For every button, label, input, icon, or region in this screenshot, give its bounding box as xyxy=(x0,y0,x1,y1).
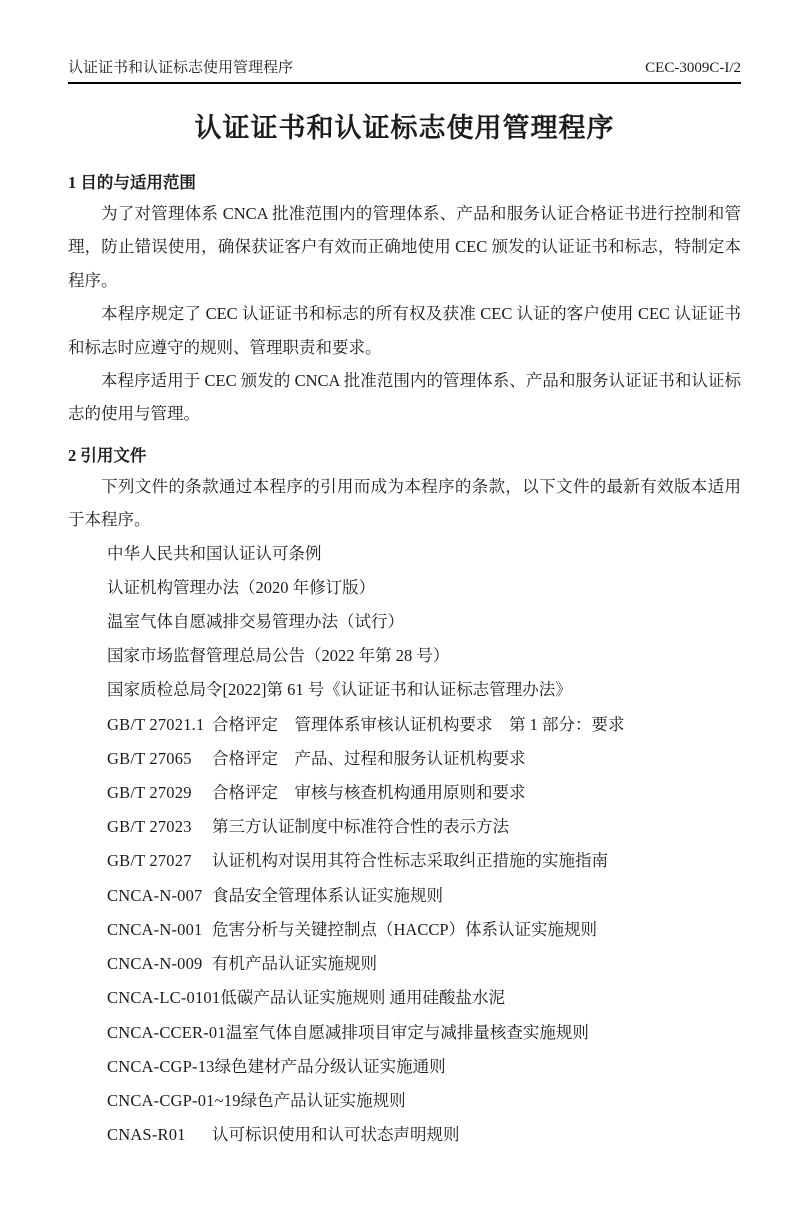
section-purpose-scope: 1 目的与适用范围 为了对管理体系 CNCA 批准范围内的管理体系、产品和服务认… xyxy=(68,173,741,431)
reference-code: CNCA-LC-0101 xyxy=(107,981,220,1015)
reference-text: 温室气体自愿减排交易管理办法（试行） xyxy=(107,612,404,631)
reference-text: 中华人民共和国认证认可条例 xyxy=(107,544,322,563)
reference-code: CNCA-N-007 xyxy=(107,879,212,913)
reference-code: CNCA-CGP-01~19 xyxy=(107,1084,241,1118)
header-doc-title: 认证证书和认证标志使用管理程序 xyxy=(68,60,293,77)
reference-item: 国家市场监督管理总局公告（2022 年第 28 号） xyxy=(107,639,741,673)
reference-code: CNAS-R01 xyxy=(107,1118,212,1152)
reference-code: GB/T 27065 xyxy=(107,742,212,776)
reference-text: 绿色建材产品分级认证实施通则 xyxy=(215,1057,446,1076)
reference-item: CNAS-R01认可标识使用和认可状态声明规则 xyxy=(107,1118,741,1152)
reference-text: 认证机构对误用其符合性标志采取纠正措施的实施指南 xyxy=(212,851,608,870)
reference-item: CNCA-CCER-01温室气体自愿减排项目审定与减排量核查实施规则 xyxy=(107,1016,741,1050)
reference-item: CNCA-LC-0101低碳产品认证实施规则 通用硅酸盐水泥 xyxy=(107,981,741,1015)
reference-item: CNCA-CGP-01~19绿色产品认证实施规则 xyxy=(107,1084,741,1118)
section-references: 2 引用文件 下列文件的条款通过本程序的引用而成为本程序的条款，以下文件的最新有… xyxy=(68,446,741,1152)
reference-text: 低碳产品认证实施规则 通用硅酸盐水泥 xyxy=(220,988,505,1007)
reference-item: CNCA-N-009有机产品认证实施规则 xyxy=(107,947,741,981)
reference-code: GB/T 27029 xyxy=(107,776,212,810)
reference-item: GB/T 27021.1合格评定 管理体系审核认证机构要求 第 1 部分：要求 xyxy=(107,708,741,742)
reference-text: 认可标识使用和认可状态声明规则 xyxy=(212,1125,460,1144)
reference-item: 中华人民共和国认证认可条例 xyxy=(107,537,741,571)
body-paragraph: 下列文件的条款通过本程序的引用而成为本程序的条款，以下文件的最新有效版本适用于本… xyxy=(68,470,741,537)
reference-text: 认证机构管理办法（2020 年修订版） xyxy=(107,578,375,597)
body-paragraph: 本程序规定了 CEC 认证证书和标志的所有权及获准 CEC 认证的客户使用 CE… xyxy=(68,297,741,364)
reference-item: GB/T 27027认证机构对误用其符合性标志采取纠正措施的实施指南 xyxy=(107,844,741,878)
body-paragraph: 为了对管理体系 CNCA 批准范围内的管理体系、产品和服务认证合格证书进行控制和… xyxy=(68,197,741,297)
reference-item: GB/T 27065合格评定 产品、过程和服务认证机构要求 xyxy=(107,742,741,776)
reference-code: GB/T 27021.1 xyxy=(107,708,212,742)
reference-code: CNCA-CGP-13 xyxy=(107,1050,215,1084)
reference-text: 合格评定 产品、过程和服务认证机构要求 xyxy=(212,749,526,768)
reference-text: 危害分析与关键控制点（HACCP）体系认证实施规则 xyxy=(212,920,597,939)
reference-item: 温室气体自愿减排交易管理办法（试行） xyxy=(107,605,741,639)
reference-code: GB/T 27027 xyxy=(107,844,212,878)
reference-item: CNCA-CGP-13绿色建材产品分级认证实施通则 xyxy=(107,1050,741,1084)
reference-item: GB/T 27029合格评定 审核与核查机构通用原则和要求 xyxy=(107,776,741,810)
reference-item: GB/T 27023第三方认证制度中标准符合性的表示方法 xyxy=(107,810,741,844)
reference-text: 国家市场监督管理总局公告（2022 年第 28 号） xyxy=(107,646,449,665)
reference-text: 合格评定 管理体系审核认证机构要求 第 1 部分：要求 xyxy=(212,715,625,734)
reference-list: 中华人民共和国认证认可条例 认证机构管理办法（2020 年修订版） 温室气体自愿… xyxy=(68,537,741,1153)
document-title: 认证证书和认证标志使用管理程序 xyxy=(68,112,741,144)
reference-code: GB/T 27023 xyxy=(107,810,212,844)
reference-text: 有机产品认证实施规则 xyxy=(212,954,377,973)
reference-code: CNCA-CCER-01 xyxy=(107,1016,226,1050)
section-2-heading: 2 引用文件 xyxy=(68,446,741,466)
reference-text: 温室气体自愿减排项目审定与减排量核查实施规则 xyxy=(226,1023,589,1042)
reference-code: CNCA-N-001 xyxy=(107,913,212,947)
body-paragraph: 本程序适用于 CEC 颁发的 CNCA 批准范围内的管理体系、产品和服务认证证书… xyxy=(68,364,741,431)
reference-text: 合格评定 审核与核查机构通用原则和要求 xyxy=(212,783,526,802)
document-page: 认证证书和认证标志使用管理程序 CEC-3009C-I/2 认证证书和认证标志使… xyxy=(0,0,808,1218)
reference-item: 国家质检总局令[2022]第 61 号《认证证书和认证标志管理办法》 xyxy=(107,673,741,707)
reference-text: 第三方认证制度中标准符合性的表示方法 xyxy=(212,817,509,836)
page-header: 认证证书和认证标志使用管理程序 CEC-3009C-I/2 xyxy=(68,0,741,84)
header-doc-number: CEC-3009C-I/2 xyxy=(645,60,741,77)
reference-item: CNCA-N-007食品安全管理体系认证实施规则 xyxy=(107,879,741,913)
reference-code: CNCA-N-009 xyxy=(107,947,212,981)
reference-item: CNCA-N-001危害分析与关键控制点（HACCP）体系认证实施规则 xyxy=(107,913,741,947)
reference-text: 食品安全管理体系认证实施规则 xyxy=(212,886,443,905)
reference-text: 绿色产品认证实施规则 xyxy=(241,1091,406,1110)
reference-item: 认证机构管理办法（2020 年修订版） xyxy=(107,571,741,605)
section-1-heading: 1 目的与适用范围 xyxy=(68,173,741,193)
reference-text: 国家质检总局令[2022]第 61 号《认证证书和认证标志管理办法》 xyxy=(107,680,572,699)
